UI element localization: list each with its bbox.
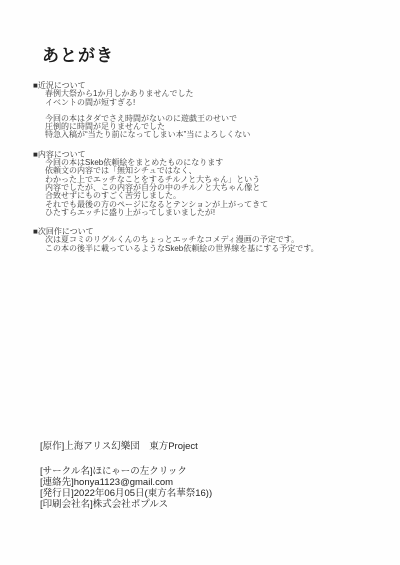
section-next-work: ■次回作について 次は夏コミのリグルくんのちょっとエッチなコメディ漫画の予定です… — [33, 228, 373, 253]
afterword-body: ■近況について 春例大祭から1か月しかありませんでした イベントの間が短すぎる!… — [33, 82, 373, 264]
contact-credit: [連絡先]honya1123@gmail.com — [40, 477, 212, 488]
text-line: ひたすらエッチに盛り上がってしまいましたが! — [45, 209, 373, 217]
page-title: あとがき — [42, 41, 114, 66]
text-line: イベントの間が短すぎる! — [45, 99, 373, 107]
original-work-credit: [原作]上海アリス幻樂団 東方Project — [40, 441, 212, 452]
colophon: [原作]上海アリス幻樂団 東方Project [サークル名]ほにゃーの左クリック… — [40, 441, 212, 510]
printer-credit: [印刷会社名]株式会社ポプルス — [40, 499, 212, 510]
paragraph: 春例大祭から1か月しかありませんでした イベントの間が短すぎる! — [45, 90, 373, 107]
paragraph: 今回の本はSkeb依頼絵をまとめたものになります 依頼文の内容では「無知シチュで… — [45, 159, 373, 217]
section-contents: ■内容について 今回の本はSkeb依頼絵をまとめたものになります 依頼文の内容で… — [33, 151, 373, 217]
section-recent-status: ■近況について 春例大祭から1か月しかありませんでした イベントの間が短すぎる!… — [33, 82, 373, 140]
paragraph: 今回の本はタダでさえ時間がないのに遊戯王のせいで 圧倒的に時間が足りませんでした… — [45, 115, 373, 140]
paragraph: 次は夏コミのリグルくんのちょっとエッチなコメディ漫画の予定です。 この本の後半に… — [45, 236, 373, 253]
text-line: この本の後半に載っているようなSkeb依頼絵の世界線を基にする予定です。 — [45, 245, 373, 253]
publish-date-credit: [発行日]2022年06月05日(東方名華祭16)) — [40, 488, 212, 499]
text-line: 特急入稿が“当たり前になってしまい本”当によろしくない — [45, 131, 373, 139]
circle-name-credit: [サークル名]ほにゃーの左クリック — [40, 466, 212, 477]
